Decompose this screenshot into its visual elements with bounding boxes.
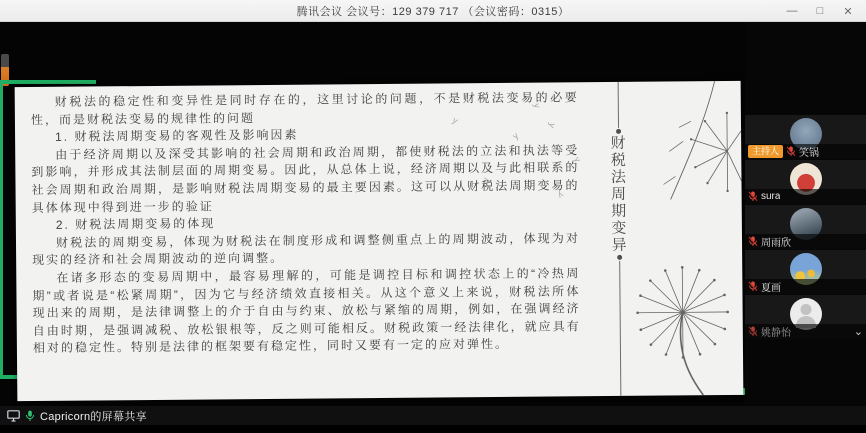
muted-mic-icon	[748, 191, 758, 202]
share-status-label: Capricorn的屏幕共享	[40, 408, 147, 424]
minimize-button[interactable]: —	[778, 0, 806, 22]
meeting-title: 腾讯会议 会议号：129 379 717 （会议密码：0315）	[297, 3, 570, 19]
shared-screen-area: y y y y y y y 财税法的稳定性和变异性是同时存在的，这里讨论的问题，…	[0, 22, 745, 433]
participant-name: 笑锅	[799, 144, 819, 159]
chevron-down-icon[interactable]: ⌄	[854, 327, 863, 337]
participant-tile[interactable]: sura	[745, 160, 866, 204]
vertical-title-char: 周	[611, 186, 626, 203]
paragraph: 在诸多形态的变易周期中，最容易理解的，可能是调控目标和调控状态上的“冷热周期”或…	[32, 265, 581, 358]
vertical-title-char: 变	[611, 220, 626, 237]
vertical-title-char: 财	[611, 135, 626, 152]
paragraph: 财税法的稳定性和变异性是同时存在的，这里讨论的问题，不是财税法变易的必要性，而是…	[31, 89, 579, 129]
participant-tile-host[interactable]: 主持人 笑锅	[745, 115, 866, 159]
muted-mic-icon	[748, 236, 758, 247]
share-frame-top-left	[0, 80, 96, 84]
tencent-meeting-window: 腾讯会议 会议号：129 379 717 （会议密码：0315） — □ ✕	[0, 0, 866, 433]
muted-mic-icon	[786, 146, 796, 157]
muted-mic-icon	[748, 281, 758, 292]
participant-tile[interactable]: 周雨欣	[745, 205, 866, 249]
maximize-button[interactable]: □	[806, 0, 834, 22]
participant-namebar: sura	[745, 189, 866, 204]
paragraph: 由于经济周期以及深受其影响的社会周期和政治周期，都使财税法的立法和执法等受到影响…	[31, 142, 580, 217]
participant-namebar: 姚静怡 ⌄	[745, 324, 866, 339]
vertical-title-line	[619, 261, 621, 396]
vertical-title-dot	[617, 255, 622, 260]
participant-name: 姚静怡	[761, 324, 791, 339]
host-badge: 主持人	[748, 145, 783, 158]
participant-namebar: 周雨欣	[745, 234, 866, 249]
vertical-title: 财 税 法 周 期 变 异	[605, 82, 634, 396]
muted-mic-icon	[748, 326, 758, 337]
window-titlebar[interactable]: 腾讯会议 会议号：129 379 717 （会议密码：0315） — □ ✕	[0, 0, 866, 22]
monitor-icon	[7, 410, 20, 422]
paragraph: 财税法的周期变易，体现为财税法在制度形成和调整侧重点上的周期波动，体现为对现实的…	[32, 230, 580, 270]
participant-tile[interactable]: 夏画	[745, 250, 866, 294]
vertical-title-char: 法	[611, 169, 626, 186]
share-status-bar: Capricorn的屏幕共享	[0, 406, 866, 425]
window-controls: — □ ✕	[778, 0, 862, 22]
participant-name: sura	[761, 191, 780, 202]
video-tile-list: 主持人 笑锅 sura	[745, 115, 866, 340]
participant-tile[interactable]: 姚静怡 ⌄	[745, 295, 866, 339]
participants-sidebar: 主持人 笑锅 sura	[745, 22, 866, 433]
participant-namebar: 夏画	[745, 279, 866, 294]
document-body: 财税法的稳定性和变异性是同时存在的，这里讨论的问题，不是财税法变易的必要性，而是…	[31, 89, 581, 358]
vertical-title-dot	[616, 129, 621, 134]
close-button[interactable]: ✕	[834, 0, 862, 22]
participant-name: 周雨欣	[761, 234, 791, 249]
window-bottom-strip	[0, 425, 866, 433]
vertical-title-char: 异	[611, 237, 626, 254]
vertical-title-char: 税	[611, 152, 626, 169]
participant-name: 夏画	[761, 279, 781, 294]
vertical-title-char: 期	[611, 203, 626, 220]
toolbar-handle	[1, 54, 9, 67]
participant-namebar: 主持人 笑锅	[745, 144, 866, 159]
audio-on-icon	[25, 410, 35, 422]
vertical-title-line	[617, 82, 618, 128]
share-frame-left	[0, 82, 3, 378]
shared-document: y y y y y y y 财税法的稳定性和变异性是同时存在的，这里讨论的问题，…	[15, 81, 744, 401]
